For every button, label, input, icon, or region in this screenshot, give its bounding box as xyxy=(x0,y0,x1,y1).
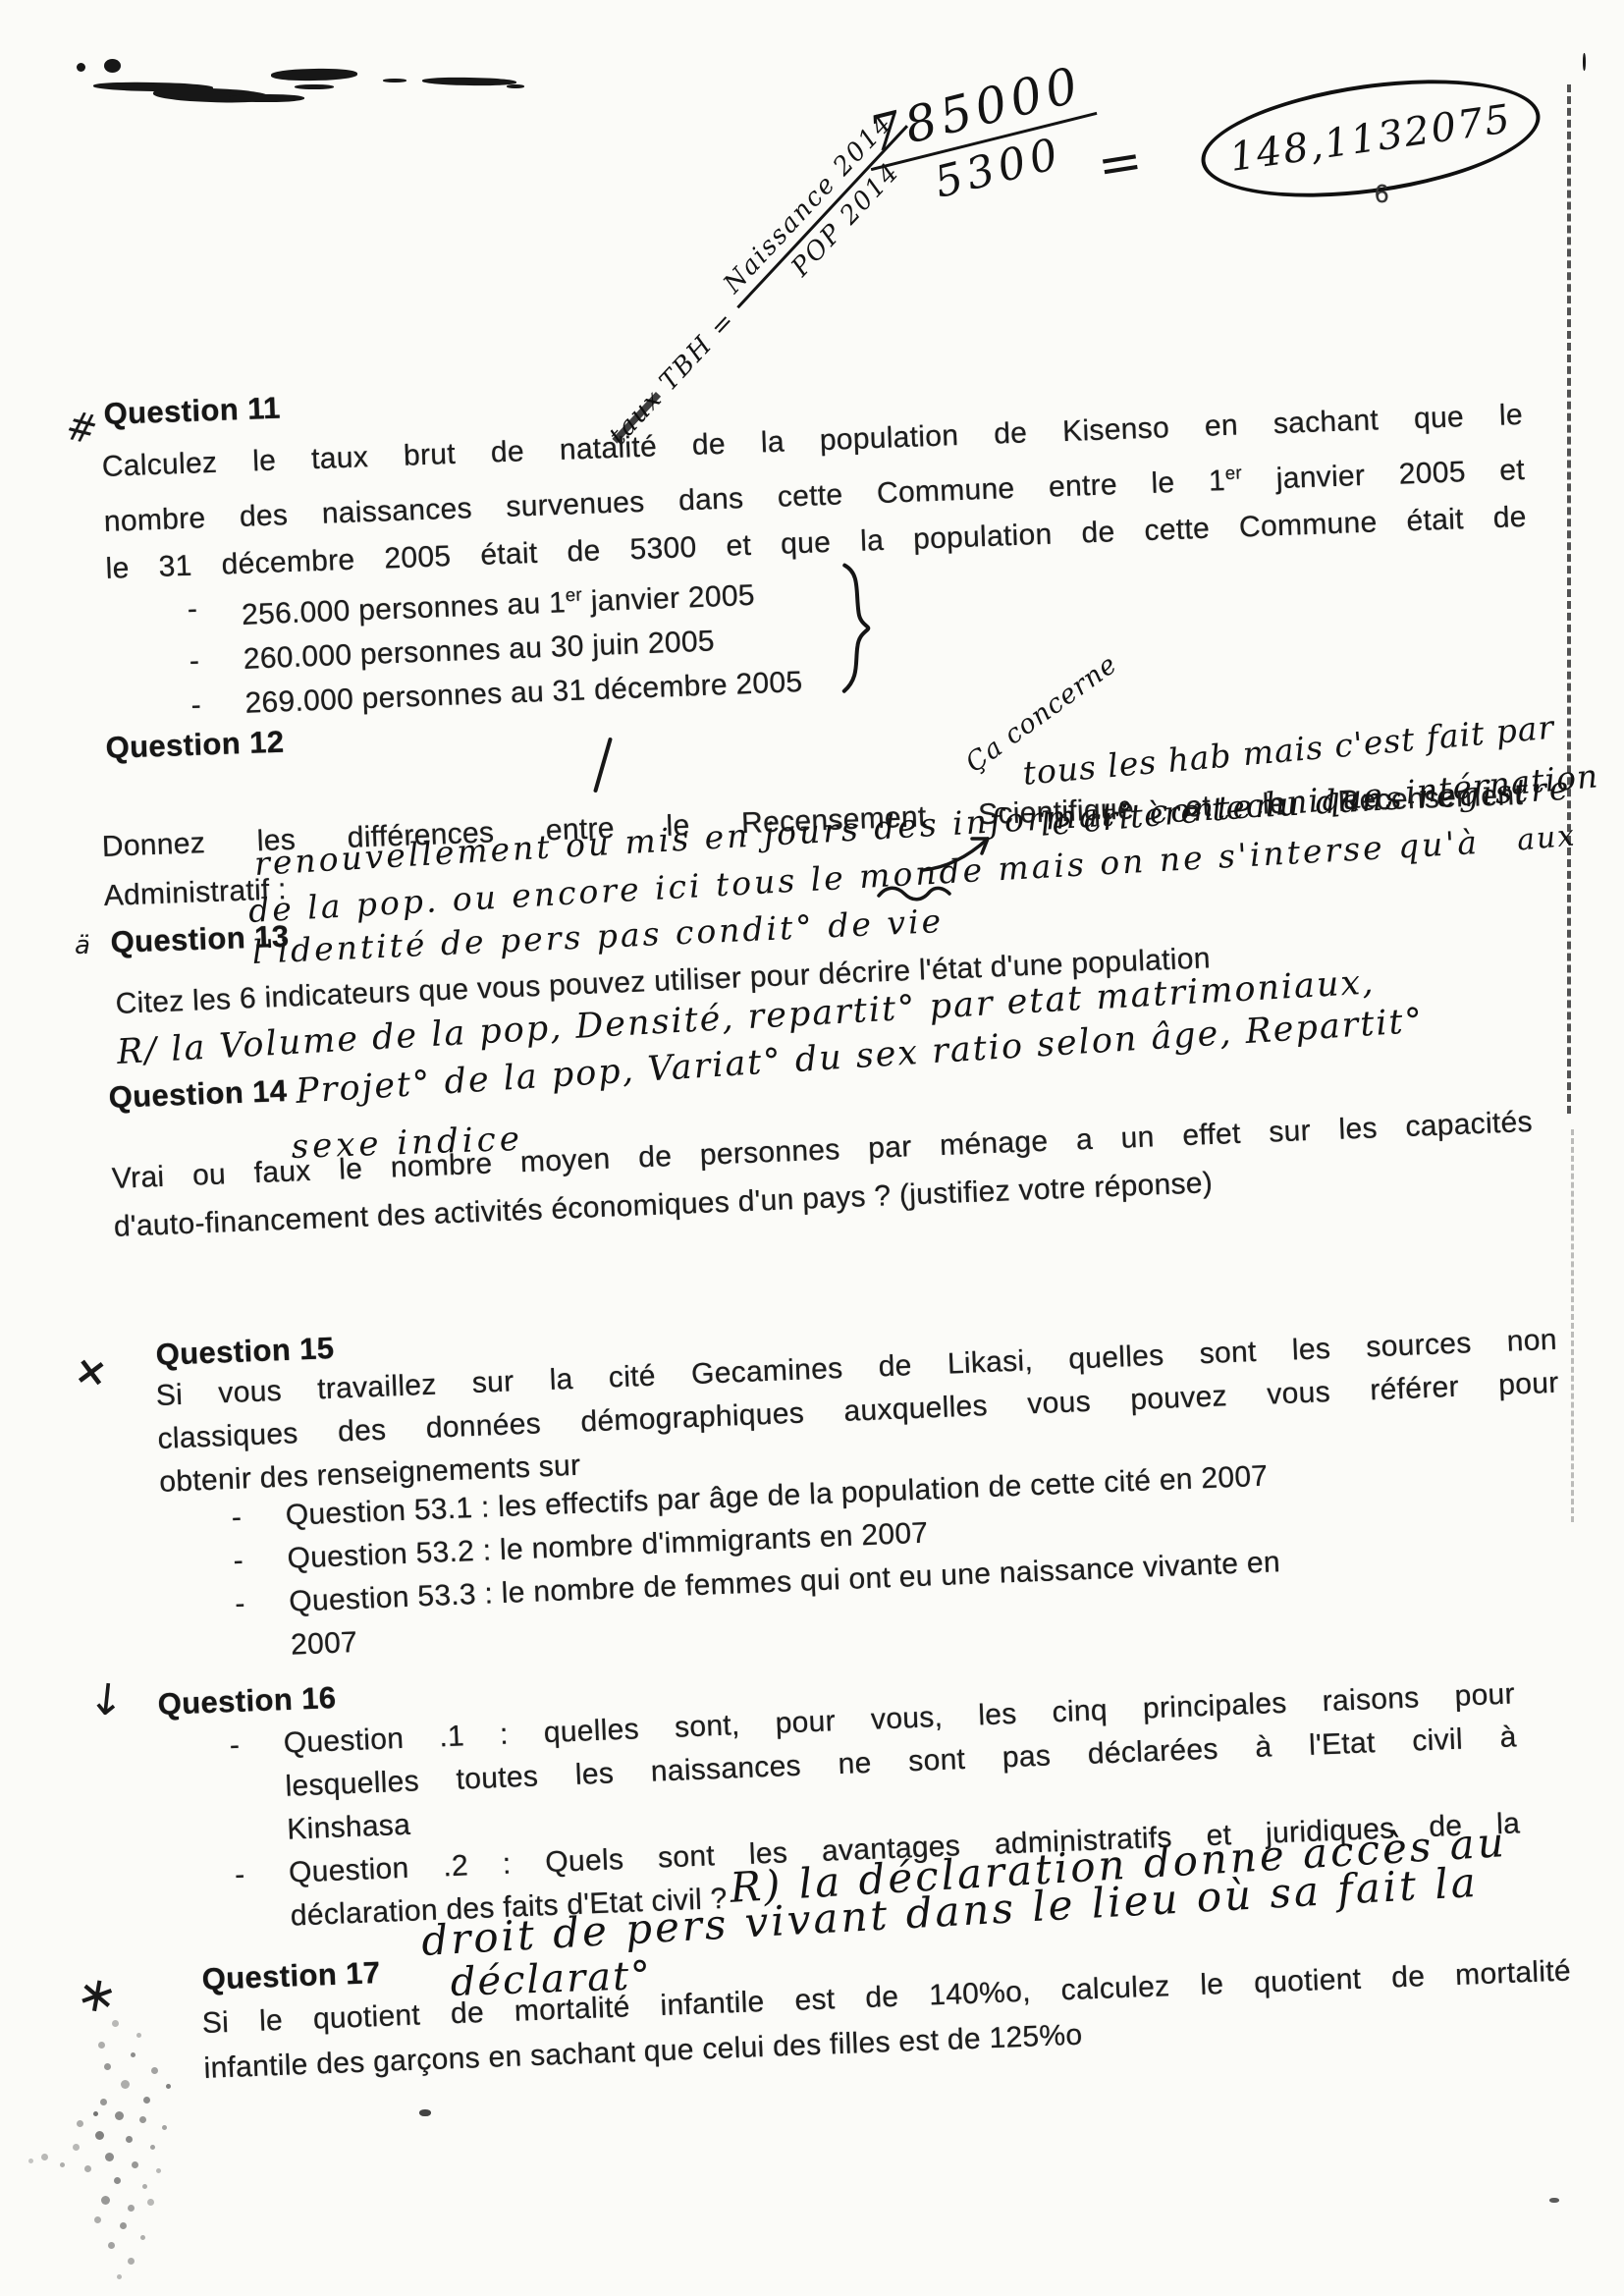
bullet-spacer xyxy=(233,1809,289,1854)
q11-item1-pre: 256.000 personnes au 1 xyxy=(241,586,566,631)
scan-dot xyxy=(1549,2198,1559,2203)
scan-streak xyxy=(271,68,357,82)
q11-body: Calculez le taux brut de natalité de la … xyxy=(101,392,1528,593)
scan-streak xyxy=(295,84,334,89)
annotation-tbh-label: TBH = xyxy=(654,305,742,397)
bullet-dash: - xyxy=(229,1722,285,1768)
q15-heading: Question 15 xyxy=(155,1331,335,1373)
scan-streak xyxy=(422,77,516,86)
q11-heading: Question 11 xyxy=(103,391,281,432)
bullet-dash: - xyxy=(235,1581,292,1669)
scan-streak xyxy=(383,79,406,82)
q17-body: Si le quotient de mortalité infantile es… xyxy=(201,1948,1574,2091)
bullet-dash: - xyxy=(190,682,246,728)
q11-list: - 256.000 personnes au 1er janvier 2005 … xyxy=(187,564,803,728)
equals-sign: = xyxy=(1093,129,1149,197)
margin-mark-q15: × xyxy=(72,1347,111,1396)
stray-slash-mark xyxy=(593,738,613,793)
q16-heading: Question 16 xyxy=(157,1680,337,1722)
q11-item1-post: janvier 2005 xyxy=(582,579,756,619)
bullet-dash: - xyxy=(233,1538,289,1583)
bullet-spacer xyxy=(231,1766,287,1811)
scan-edge-line xyxy=(1567,84,1571,1114)
scan-streak xyxy=(507,84,524,88)
scan-dot xyxy=(419,2109,431,2116)
circled-result-value: 148,1132075 xyxy=(1227,96,1515,181)
margin-mark-q13: ä xyxy=(75,931,90,960)
scan-edge-line-faint xyxy=(1571,1129,1574,1522)
bullet-dash: - xyxy=(234,1852,290,1897)
scan-dot xyxy=(104,59,121,73)
q14-heading: Question 14 xyxy=(108,1073,288,1116)
q14-body: Vrai ou faux le nombre moyen de personne… xyxy=(111,1098,1536,1251)
q13-heading: Question 13 xyxy=(110,919,290,960)
q11-line2-post: janvier 2005 et xyxy=(1242,454,1526,497)
annotation-circled-result: 148,1132075 xyxy=(1194,61,1547,215)
bullet-dash: - xyxy=(189,637,244,683)
annotation-calc-fraction: 785000 5300 xyxy=(856,54,1110,223)
bullet-spacer xyxy=(236,1895,292,1941)
q16-item1-line3: Kinshasa xyxy=(286,1804,410,1852)
q11-item1-sup: er xyxy=(565,584,582,606)
bullet-dash: - xyxy=(231,1495,287,1540)
margin-mark-q11: # xyxy=(62,403,102,455)
calc-fraction: 785000 5300 xyxy=(856,54,1110,223)
scan-streak xyxy=(228,94,304,102)
page-number: 6 xyxy=(1375,179,1389,209)
scan-dot xyxy=(77,63,85,72)
margin-mark-q16: ↓ xyxy=(85,1673,127,1727)
margin-mark-q17: ∗ xyxy=(72,1963,122,2026)
bullet-dash: - xyxy=(187,585,243,639)
scanned-exam-page: taux TBH = Naissance 2014 POP 2014 78500… xyxy=(0,0,1624,2296)
q12-heading: Question 12 xyxy=(105,725,285,766)
scan-tick xyxy=(1583,53,1586,71)
handdrawn-brace xyxy=(829,563,879,694)
scan-speckle-blob xyxy=(93,2111,98,2116)
q11-line2-sup: er xyxy=(1224,462,1242,483)
q17-heading: Question 17 xyxy=(201,1955,381,1997)
